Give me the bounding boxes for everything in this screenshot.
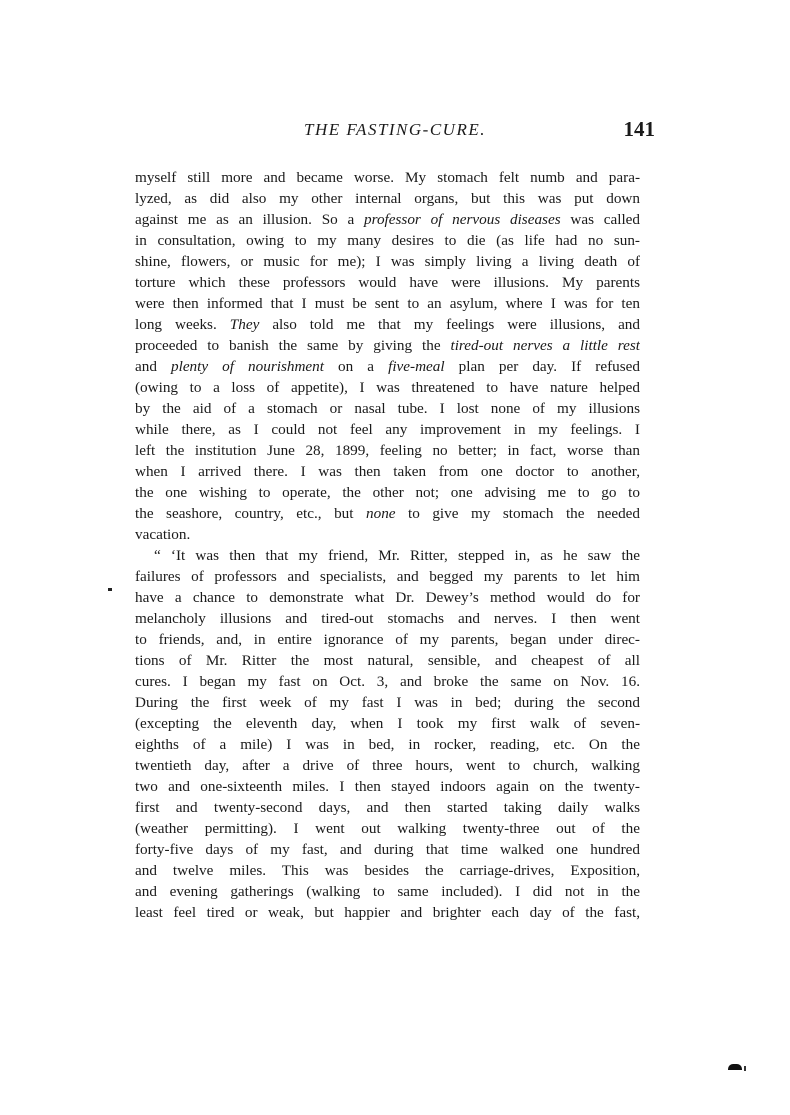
text-line: lyzed, as did also my other internal org… <box>135 188 640 209</box>
text-line: (owing to a loss of appetite), I was thr… <box>135 377 640 398</box>
text-line: failures of professors and specialists, … <box>135 566 640 587</box>
text-segment: to give my stomach the needed <box>396 505 640 522</box>
text-line: two and one-sixteenth miles. I then stay… <box>135 776 640 797</box>
text-segment: plan per day. If refused <box>445 358 640 375</box>
italic-text: tired-out nerves a little rest <box>450 337 640 354</box>
text-segment: During the first week of my fast I was i… <box>135 694 640 711</box>
text-line: During the first week of my fast I was i… <box>135 692 640 713</box>
text-line: in consultation, owing to my many desire… <box>135 230 640 251</box>
italic-text: plenty of nourishment <box>171 358 324 375</box>
text-line: while there, as I could not feel any imp… <box>135 419 640 440</box>
text-line: have a chance to demonstrate what Dr. De… <box>135 587 640 608</box>
text-line: to friends, and, in entire ignorance of … <box>135 629 640 650</box>
scan-smudge <box>728 1064 742 1070</box>
text-segment: (excepting the eleventh day, when I took… <box>135 715 640 732</box>
text-line: against me as an illusion. So a professo… <box>135 209 640 230</box>
text-line: long weeks. They also told me that my fe… <box>135 314 640 335</box>
text-segment: forty-five days of my fast, and during t… <box>135 841 640 858</box>
text-segment: and evening gatherings (walking to same … <box>135 883 640 900</box>
text-line: eighths of a mile) I was in bed, in rock… <box>135 734 640 755</box>
text-segment: torture which these professors would hav… <box>135 274 640 291</box>
text-segment: least feel tired or weak, but happier an… <box>135 904 640 921</box>
text-line: left the institution June 28, 1899, feel… <box>135 440 640 461</box>
text-line: vacation. <box>135 524 640 545</box>
italic-text: five-meal <box>388 358 445 375</box>
text-line: and twelve miles. This was besides the c… <box>135 860 640 881</box>
italic-text: They <box>230 316 260 333</box>
text-segment: tions of Mr. Ritter the most natural, se… <box>135 652 640 669</box>
text-segment: when I arrived there. I was then taken f… <box>135 463 640 480</box>
text-line: twentieth day, after a drive of three ho… <box>135 755 640 776</box>
text-segment: on a <box>324 358 388 375</box>
text-segment: cures. I began my fast on Oct. 3, and br… <box>135 673 640 690</box>
text-line: (weather permitting). I went out walking… <box>135 818 640 839</box>
text-segment: and <box>135 358 171 375</box>
text-segment: left the institution June 28, 1899, feel… <box>135 442 640 459</box>
text-segment: lyzed, as did also my other internal org… <box>135 190 640 207</box>
text-segment: the seashore, country, etc., but <box>135 505 366 522</box>
text-segment: in consultation, owing to my many desire… <box>135 232 640 249</box>
margin-mark <box>108 588 112 591</box>
text-segment: (owing to a loss of appetite), I was thr… <box>135 379 640 396</box>
text-line: by the aid of a stomach or nasal tube. I… <box>135 398 640 419</box>
text-line: the one wishing to operate, the other no… <box>135 482 640 503</box>
page-header: THE FASTING-CURE. 141 <box>135 117 655 145</box>
text-line: forty-five days of my fast, and during t… <box>135 839 640 860</box>
text-segment: failures of professors and specialists, … <box>135 568 640 585</box>
text-segment: myself still more and became worse. My s… <box>135 169 640 186</box>
text-segment: “ ‘It was then that my friend, Mr. Ritte… <box>154 547 640 564</box>
text-segment: also told me that my feelings were illus… <box>259 316 640 333</box>
text-segment: to friends, and, in entire ignorance of … <box>135 631 640 648</box>
text-line: when I arrived there. I was then taken f… <box>135 461 640 482</box>
text-line: proceeded to banish the same by giving t… <box>135 335 640 356</box>
text-segment: long weeks. <box>135 316 230 333</box>
text-line: (excepting the eleventh day, when I took… <box>135 713 640 734</box>
text-line: tions of Mr. Ritter the most natural, se… <box>135 650 640 671</box>
text-line: were then informed that I must be sent t… <box>135 293 640 314</box>
text-segment: was called <box>561 211 640 228</box>
text-line: least feel tired or weak, but happier an… <box>135 902 640 923</box>
text-line: shine, flowers, or music for me); I was … <box>135 251 640 272</box>
text-line: the seashore, country, etc., but none to… <box>135 503 640 524</box>
text-segment: twentieth day, after a drive of three ho… <box>135 757 640 774</box>
text-segment: while there, as I could not feel any imp… <box>135 421 640 438</box>
text-line: melancholy illusions and tired-out stoma… <box>135 608 640 629</box>
text-segment: by the aid of a stomach or nasal tube. I… <box>135 400 640 417</box>
text-segment: were then informed that I must be sent t… <box>135 295 640 312</box>
text-segment: eighths of a mile) I was in bed, in rock… <box>135 736 640 753</box>
text-segment: two and one-sixteenth miles. I then stay… <box>135 778 640 795</box>
text-segment: have a chance to demonstrate what Dr. De… <box>135 589 640 606</box>
text-segment: the one wishing to operate, the other no… <box>135 484 640 501</box>
text-line: and plenty of nourishment on a five-meal… <box>135 356 640 377</box>
text-segment: proceeded to banish the same by giving t… <box>135 337 450 354</box>
text-segment: first and twenty-second days, and then s… <box>135 799 640 816</box>
text-segment: shine, flowers, or music for me); I was … <box>135 253 640 270</box>
text-segment: (weather permitting). I went out walking… <box>135 820 640 837</box>
text-line: first and twenty-second days, and then s… <box>135 797 640 818</box>
text-line: torture which these professors would hav… <box>135 272 640 293</box>
body-text: myself still more and became worse. My s… <box>135 167 640 923</box>
text-segment: against me as an illusion. So a <box>135 211 364 228</box>
italic-text: professor of nervous diseases <box>364 211 561 228</box>
text-line: myself still more and became worse. My s… <box>135 167 640 188</box>
text-line: and evening gatherings (walking to same … <box>135 881 640 902</box>
running-title: THE FASTING-CURE. <box>135 120 655 140</box>
scan-smudge-mark <box>744 1066 746 1071</box>
text-segment: and twelve miles. This was besides the c… <box>135 862 640 879</box>
page-number: 141 <box>624 117 656 142</box>
text-segment: vacation. <box>135 526 190 543</box>
text-line: cures. I began my fast on Oct. 3, and br… <box>135 671 640 692</box>
italic-text: none <box>366 505 396 522</box>
text-segment: melancholy illusions and tired-out stoma… <box>135 610 640 627</box>
text-line: “ ‘It was then that my friend, Mr. Ritte… <box>135 545 640 566</box>
